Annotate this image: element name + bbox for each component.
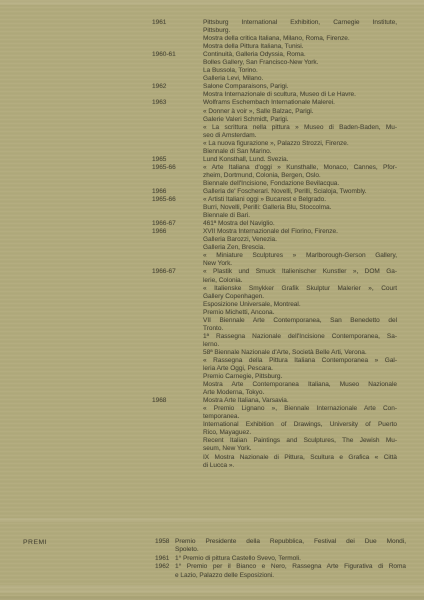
exhibition-entry: La Bussola, Torino. [152,67,398,75]
exhibitions-year-list: 1961Pittsburg International Exhibition, … [152,19,398,470]
entry-year [152,244,203,252]
premi-section-label: PREMI [23,539,47,546]
entry-line: « Italienske Smykker Grafik Skulptur Mal… [203,285,397,293]
entry-text: Premio Carnegie, Pittsburg. [203,373,397,381]
entry-line: Wolframs Eschembach Internationale Maler… [203,99,397,107]
entry-line: Spoleto. [175,546,406,554]
entry-line: seum, New York. [203,445,397,453]
exhibition-entry: Biennale di Bari. [152,212,398,220]
entry-text: Wolframs Eschembach Internationale Maler… [203,99,397,107]
entry-line: Tronto. [203,325,397,333]
exhibition-entry: Galleria Barozzi, Venezia. [152,236,398,244]
entry-text: VII Biennale Arte Contemporanea, San Ben… [203,317,397,333]
entry-text: 1° Premio per il Bianco e Nero, Rassegna… [175,563,406,580]
entry-text: 1° Premio di pittura Castello Svevo, Ter… [175,555,406,563]
entry-year [152,301,203,309]
entry-text: Mostra della critica Italiana, Milano, R… [203,35,397,43]
exhibition-entry: « La scrittura nella pittura » Museo di … [152,124,398,140]
exhibition-entry: Biennale di San Marino. [152,148,398,156]
entry-line: « Plastik und Smuck Italienischer Kunstl… [203,268,397,276]
entry-text: 461ª Mostra del Naviglio. [203,220,397,228]
exhibition-entry: 1965-66« Arte Italiana d'oggi » Kunsthal… [152,164,398,180]
exhibition-entry: Esposizione Universale, Montreal. [152,301,398,309]
exhibition-entry: VII Biennale Arte Contemporanea, San Ben… [152,317,398,333]
entry-text: « Premio Lignano », Biennale Internazion… [203,405,397,421]
entry-line: e Lazio, Palazzo delle Esposizioni. [175,572,406,580]
entry-line: lerno. [203,341,397,349]
entry-line: 58ª Biennale Nazionale d'Arte, Società B… [203,349,397,357]
exhibition-entry: 1965Lund Konsthall, Lund. Svezia. [152,156,398,164]
exhibition-entry: « Miniature Sculptures » Marlborough-Ger… [152,252,398,268]
exhibition-entry: Biennale dell'Incisione, Fondazione Bevi… [152,180,398,188]
entry-line: 461ª Mostra del Naviglio. [203,220,397,228]
exhibition-entry: « Rassegna della Pittura Italiana Contem… [152,357,398,373]
exhibition-entry: International Exhibition of Drawings, Un… [152,421,398,437]
entry-line: Lund Konsthall, Lund. Svezia. [203,156,397,164]
entry-line: Premio Carnegie, Pittsburg. [203,373,397,381]
entry-text: Biennale di Bari. [203,212,397,220]
entry-year: 1966-67 [152,268,203,284]
exhibition-entry: 1963Wolframs Eschembach Internationale M… [152,99,398,107]
entry-text: « Donner à voir », Salle Balzac, Parigi. [203,108,397,116]
entry-text: Premio Michetti, Ancona. [203,309,397,317]
entry-text: International Exhibition of Drawings, Un… [203,421,397,437]
entry-line: Biennale di San Marino. [203,148,397,156]
entry-text: Burri, Novelli, Perilli: Galleria Blu, S… [203,204,397,212]
entry-text: Pittsburg International Exhibition, Carn… [203,19,397,35]
premi-entry: 1958Premio Presidente della Repubblica, … [155,538,407,555]
exhibition-entry: Mostra della Pittura Italiana, Tunisi. [152,43,398,51]
entry-text: « Arte Italiana d'oggi » Kunsthalle, Mon… [203,164,397,180]
exhibition-entry: IX Mostra Nazionale di Pittura, Scultura… [152,454,398,470]
entry-line: « Miniature Sculptures » Marlborough-Ger… [203,252,397,260]
exhibition-entry: 1966-67461ª Mostra del Naviglio. [152,220,398,228]
entry-year: 1966-67 [152,220,203,228]
entry-year [152,309,203,317]
entry-text: « Artisti Italiani oggi » Bucarest e Bel… [203,196,397,204]
entry-line: Galerie Valeri Schmidt, Parigi. [203,116,397,124]
entry-year: 1958 [155,538,175,555]
entry-text: « La nuova figurazione », Palazzo Strozz… [203,140,397,148]
entry-year [152,317,203,333]
scan-band [0,585,424,593]
entry-year [152,373,203,381]
entry-year [152,252,203,268]
exhibition-entry: Premio Carnegie, Pittsburg. [152,373,398,381]
entry-year [152,35,203,43]
entry-line: « La scrittura nella pittura » Museo di … [203,124,397,132]
entry-line: Mostra della Pittura Italiana, Tunisi. [203,43,397,51]
entry-year [152,124,203,140]
entry-line: lerie, Colonia. [203,277,397,285]
entry-text: Biennale di San Marino. [203,148,397,156]
premi-year-list: 1958Premio Presidente della Repubblica, … [155,538,407,580]
exhibition-entry: « Italienske Smykker Grafik Skulptur Mal… [152,285,398,301]
entry-line: Pittsburg. [203,27,397,35]
entry-line: seo di Amsterdam. [203,132,397,140]
entry-line: Mostra della critica Italiana, Milano, R… [203,35,397,43]
entry-line: Gallery Copenhagen. [203,293,397,301]
entry-year: 1962 [152,83,203,91]
premi-entry: 19611° Premio di pittura Castello Svevo,… [155,555,407,563]
exhibition-entry: Bolles Gallery, San Francisco-New York. [152,59,398,67]
entry-year [152,67,203,75]
exhibition-entry: 58ª Biennale Nazionale d'Arte, Società B… [152,349,398,357]
entry-text: Lund Konsthall, Lund. Svezia. [203,156,397,164]
entry-text: 1ª Rassegna Nazionale dell'Incisione Con… [203,333,397,349]
entry-text: « Plastik und Smuck Italienischer Kunstl… [203,268,397,284]
entry-year [152,357,203,373]
entry-year: 1961 [155,555,175,563]
entry-line: « Arte Italiana d'oggi » Kunsthalle, Mon… [203,164,397,172]
entry-text: Recent Italian Paintings and Sculptures,… [203,437,397,453]
entry-line: Galleria de' Foscherari. Novelli, Perill… [203,188,397,196]
entry-text: Galleria de' Foscherari. Novelli, Perill… [203,188,397,196]
entry-year [152,43,203,51]
entry-year: 1968 [152,397,203,405]
entry-line: 1° Premio per il Bianco e Nero, Rassegna… [175,563,406,571]
exhibition-entry: 1ª Rassegna Nazionale dell'Incisione Con… [152,333,398,349]
exhibition-entry: Galerie Valeri Schmidt, Parigi. [152,116,398,124]
entry-line: di Lucca ». [203,462,397,470]
entry-text: « Rassegna della Pittura Italiana Contem… [203,357,397,373]
exhibition-entry: Premio Michetti, Ancona. [152,309,398,317]
entry-text: Mostra Arte Contemporanea Italiana, Muse… [203,381,397,397]
exhibition-entry: 1961Pittsburg International Exhibition, … [152,19,398,35]
scan-band [0,518,424,522]
entry-line: Biennale dell'Incisione, Fondazione Bevi… [203,180,397,188]
entry-text: « La scrittura nella pittura » Museo di … [203,124,397,140]
entry-line: Pittsburg International Exhibition, Carn… [203,19,397,27]
entry-text: IX Mostra Nazionale di Pittura, Scultura… [203,454,397,470]
entry-year [152,108,203,116]
exhibition-entry: Mostra Arte Contemporanea Italiana, Muse… [152,381,398,397]
entry-text: Mostra della Pittura Italiana, Tunisi. [203,43,397,51]
entry-year: 1965-66 [152,164,203,180]
entry-year: 1966 [152,188,203,196]
entry-year [152,421,203,437]
exhibition-entry: Mostra della critica Italiana, Milano, R… [152,35,398,43]
entry-line: « Artisti Italiani oggi » Bucarest e Bel… [203,196,397,204]
entry-year: 1965 [152,156,203,164]
entry-year: 1960-61 [152,51,203,59]
entry-year [152,148,203,156]
entry-text: « Italienske Smykker Grafik Skulptur Mal… [203,285,397,301]
entry-year [152,140,203,148]
exhibition-entry: Burri, Novelli, Perilli: Galleria Blu, S… [152,204,398,212]
entry-line: Mostra Arte Contemporanea Italiana, Muse… [203,381,397,389]
exhibition-entry: « Donner à voir », Salle Balzac, Parigi. [152,108,398,116]
entry-line: leria Arte Oggi, Pescara. [203,365,397,373]
entry-year [152,236,203,244]
entry-year [152,437,203,453]
entry-line: Burri, Novelli, Perilli: Galleria Blu, S… [203,204,397,212]
entry-line: « Donner à voir », Salle Balzac, Parigi. [203,108,397,116]
entry-line: Esposizione Universale, Montreal. [203,301,397,309]
entry-year: 1966 [152,228,203,236]
entry-text: Esposizione Universale, Montreal. [203,301,397,309]
exhibition-entry: 1965-66« Artisti Italiani oggi » Bucares… [152,196,398,204]
entry-year [152,454,203,470]
entry-line: Biennale di Bari. [203,212,397,220]
entry-line: 1° Premio di pittura Castello Svevo, Ter… [175,555,406,563]
entry-year: 1961 [152,19,203,35]
exhibition-entry: Recent Italian Paintings and Sculptures,… [152,437,398,453]
entry-year [152,116,203,124]
entry-year [152,180,203,188]
entry-line: Arte Moderna, Tokyo. [203,389,397,397]
entry-year [152,212,203,220]
entry-year: 1965-66 [152,196,203,204]
entry-year: 1963 [152,99,203,107]
entry-year: 1962 [155,563,175,580]
entry-text: Galerie Valeri Schmidt, Parigi. [203,116,397,124]
entry-line: IX Mostra Nazionale di Pittura, Scultura… [203,454,397,462]
exhibition-entry: « La nuova figurazione », Palazzo Strozz… [152,140,398,148]
entry-year [152,381,203,397]
entry-year [152,59,203,67]
scan-band [0,0,424,5]
entry-line: Premio Michetti, Ancona. [203,309,397,317]
entry-line: zheim, Dortmund, Colonia, Bergen, Oslo. [203,172,397,180]
scanned-catalog-page: 1961Pittsburg International Exhibition, … [0,0,424,600]
entry-line: « Rassegna della Pittura Italiana Contem… [203,357,397,365]
entry-year [152,349,203,357]
entry-line: 1ª Rassegna Nazionale dell'Incisione Con… [203,333,397,341]
entry-year [152,333,203,349]
entry-text: Biennale dell'Incisione, Fondazione Bevi… [203,180,397,188]
entry-text: « Miniature Sculptures » Marlborough-Ger… [203,252,397,268]
scan-band [0,596,424,600]
premi-entry: 19621° Premio per il Bianco e Nero, Rass… [155,563,407,580]
entry-text: Premio Presidente della Repubblica, Fest… [175,538,406,555]
entry-year [152,204,203,212]
entry-year [152,285,203,301]
exhibition-entry: « Premio Lignano », Biennale Internazion… [152,405,398,421]
entry-line: VII Biennale Arte Contemporanea, San Ben… [203,317,397,325]
entry-text: 58ª Biennale Nazionale d'Arte, Società B… [203,349,397,357]
entry-line: Premio Presidente della Repubblica, Fest… [175,538,406,546]
exhibition-entry: 1966Galleria de' Foscherari. Novelli, Pe… [152,188,398,196]
entry-line: « La nuova figurazione », Palazzo Strozz… [203,140,397,148]
entry-year [152,405,203,421]
exhibition-entry: 1966-67« Plastik und Smuck Italienischer… [152,268,398,284]
